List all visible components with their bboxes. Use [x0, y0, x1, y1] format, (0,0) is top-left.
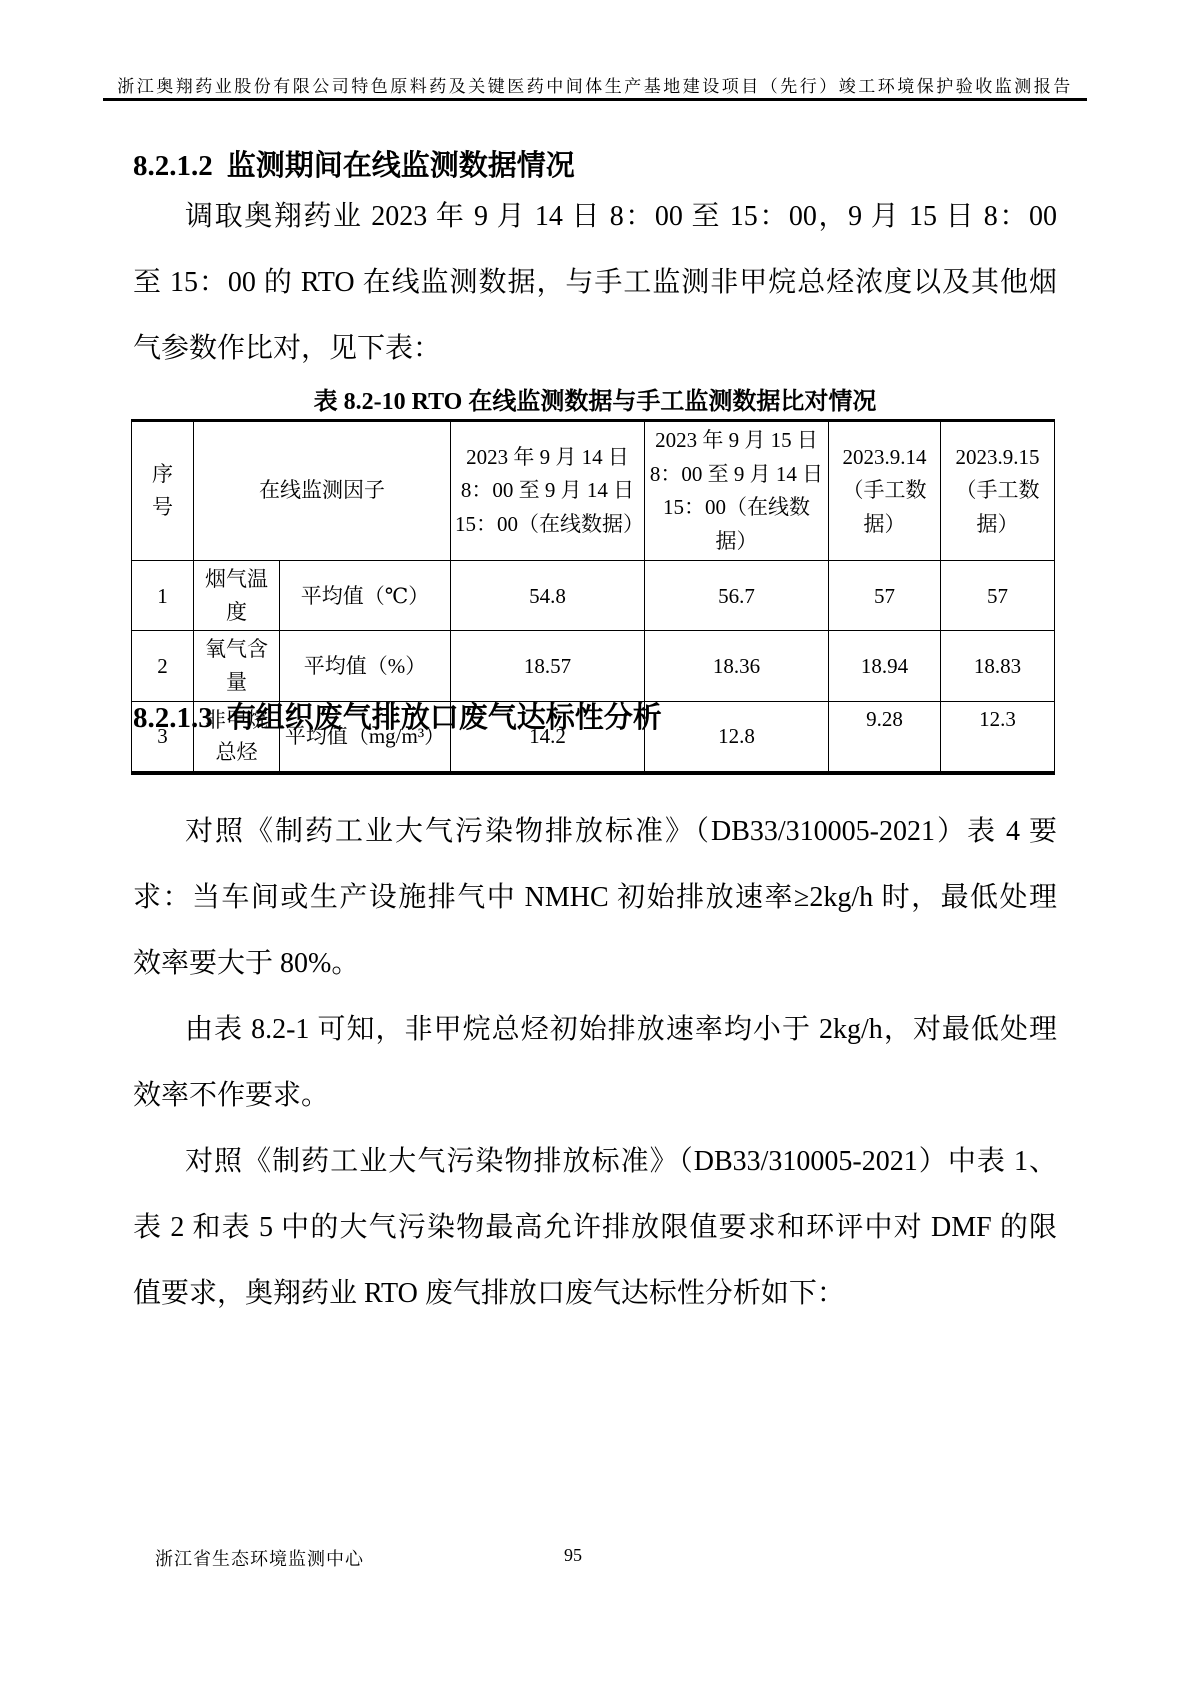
paragraph-line: 调取奥翔药业 2023 年 9 月 14 日 8：00 至 15：00，9 月 …: [133, 184, 1057, 250]
cell-online-0915: 12.8: [645, 701, 829, 773]
table-header-row: 序号 在线监测因子 2023 年 9 月 14 日 8：00 至 9 月 14 …: [132, 421, 1055, 561]
cell-stat: 平均值（%）: [280, 631, 451, 701]
paragraph-rate-conclusion: 由表 8.2-1 可知，非甲烷总烃初始排放速率均小于 2kg/h，对最低处理效率…: [133, 997, 1057, 1129]
cell-online-0914: 54.8: [451, 561, 645, 631]
paragraph-line: 至 15：00 的 RTO 在线监测数据，与手工监测非甲烷总烃浓度以及其他烟: [133, 250, 1057, 316]
cell-manual-0914: 9.28: [829, 701, 941, 773]
section-title: 监测期间在线监测数据情况: [227, 150, 575, 182]
paragraph-line: 效率不作要求。: [133, 1063, 1057, 1129]
header-cell-online-0915: 2023 年 9 月 15 日 8：00 至 9 月 14 日 15：00（在线…: [645, 421, 829, 561]
section-heading-8212: 8.2.1.2监测期间在线监测数据情况: [133, 143, 575, 184]
paragraph-line: 由表 8.2-1 可知，非甲烷总烃初始排放速率均小于 2kg/h，对最低处理: [133, 997, 1057, 1063]
cell-index: 1: [132, 561, 194, 631]
cell-stat: 平均值（℃）: [280, 561, 451, 631]
table-caption: 表 8.2-10 RTO 在线监测数据与手工监测数据比对情况: [133, 381, 1057, 416]
cell-manual-0915: 12.3: [941, 701, 1055, 773]
footer-page-number: 95: [103, 1545, 1043, 1566]
header-cell-index: 序号: [132, 421, 194, 561]
section-number: 8.2.1.2: [133, 150, 213, 182]
cell-manual-0915: 18.83: [941, 631, 1055, 701]
paragraph-line: 气参数作比对，见下表：: [133, 316, 1057, 382]
section-title: 有组织废气排放口废气达标性分析: [227, 702, 662, 734]
header-cell-manual-0915: 2023.9.15（手工数据）: [941, 421, 1055, 561]
paragraph-intro: 调取奥翔药业 2023 年 9 月 14 日 8：00 至 15：00，9 月 …: [133, 184, 1057, 382]
paragraph-line: 效率要大于 80%。: [133, 931, 1057, 997]
cell-factor: 烟气温度: [194, 561, 280, 631]
paragraph-line: 对照《制药工业大气污染物排放标准》（DB33/310005-2021）表 4 要: [133, 799, 1057, 865]
cell-manual-0914: 57: [829, 561, 941, 631]
cell-online-0915: 56.7: [645, 561, 829, 631]
cell-index: 2: [132, 631, 194, 701]
cell-factor: 氧气含量: [194, 631, 280, 701]
page-header-text: 浙江奥翔药业股份有限公司特色原料药及关键医药中间体生产基地建设项目（先行）竣工环…: [103, 72, 1087, 97]
cell-online-0914: 18.57: [451, 631, 645, 701]
section-number: 8.2.1.3: [133, 702, 213, 734]
page-header-rule: [103, 98, 1087, 101]
paragraph-line: 对照《制药工业大气污染物排放标准》（DB33/310005-2021）中表 1、: [133, 1129, 1057, 1195]
section-heading-8213: 8.2.1.3有组织废气排放口废气达标性分析: [133, 695, 662, 736]
paragraph-line: 表 2 和表 5 中的大气污染物最高允许排放限值要求和环评中对 DMF 的限: [133, 1195, 1057, 1261]
cell-manual-0915: 57: [941, 561, 1055, 631]
cell-online-0915: 18.36: [645, 631, 829, 701]
document-page: 浙江奥翔药业股份有限公司特色原料药及关键医药中间体生产基地建设项目（先行）竣工环…: [0, 0, 1190, 1683]
header-cell-manual-0914: 2023.9.14（手工数据）: [829, 421, 941, 561]
table-row: 2氧气含量平均值（%）18.5718.3618.9418.83: [132, 631, 1055, 701]
paragraph-standard-requirement: 对照《制药工业大气污染物排放标准》（DB33/310005-2021）表 4 要…: [133, 799, 1057, 997]
paragraph-line: 求：当车间或生产设施排气中 NMHC 初始排放速率≥2kg/h 时，最低处理: [133, 865, 1057, 931]
header-cell-online-0914: 2023 年 9 月 14 日 8：00 至 9 月 14 日 15：00（在线…: [451, 421, 645, 561]
cell-manual-0914: 18.94: [829, 631, 941, 701]
paragraph-line: 值要求，奥翔药业 RTO 废气排放口废气达标性分析如下：: [133, 1261, 1057, 1327]
header-cell-factor: 在线监测因子: [194, 421, 451, 561]
paragraph-limit-analysis: 对照《制药工业大气污染物排放标准》（DB33/310005-2021）中表 1、…: [133, 1129, 1057, 1327]
table-body: 1烟气温度平均值（℃）54.856.757572氧气含量平均值（%）18.571…: [132, 561, 1055, 773]
table-row: 1烟气温度平均值（℃）54.856.75757: [132, 561, 1055, 631]
